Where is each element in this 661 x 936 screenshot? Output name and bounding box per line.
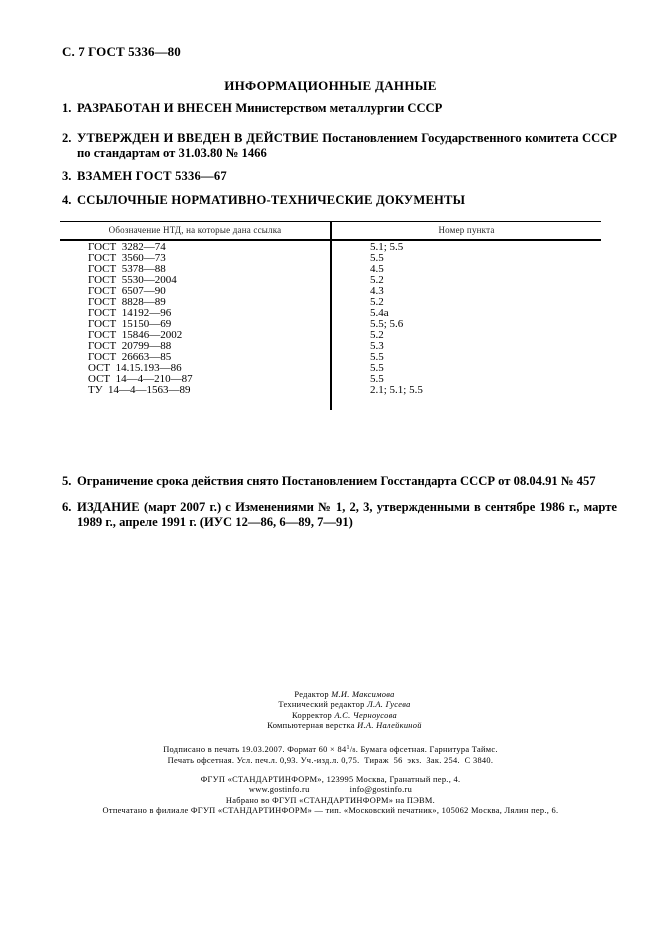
print-format: Подписано в печать 19.03.2007. Формат 60… — [163, 745, 346, 754]
credit-name: А.С. Черноусова — [334, 711, 397, 720]
credit-name: И.А. Налейкиной — [357, 721, 422, 730]
item-number: 4. — [62, 193, 77, 208]
publisher-info: ФГУП «СТАНДАРТИНФОРМ», 123995 Москва, Гр… — [0, 775, 661, 817]
typeset-note: Набрано во ФГУП «СТАНДАРТИНФОРМ» на ПЭВМ… — [0, 796, 661, 806]
info-item-2: 2.УТВЕРЖДЕН И ВВЕДЕН В ДЕЙСТВИЕ Постанов… — [62, 131, 617, 161]
item-number: 6. — [62, 500, 77, 515]
column-header-clause: Номер пункта — [332, 225, 601, 235]
info-item-4: 4.ССЫЛОЧНЫЕ НОРМАТИВНО-ТЕХНИЧЕСКИЕ ДОКУМ… — [62, 193, 617, 208]
item-text: Министерством металлургии СССР — [232, 101, 442, 115]
info-item-5: 5.Ограничение срока действия снято Поста… — [62, 474, 617, 489]
info-item-6: 6.ИЗДАНИЕ (март 2007 г.) с Изменениями №… — [62, 500, 617, 530]
paper-font: . Бумага офсетная. Гарнитура Таймс. — [356, 745, 498, 754]
credit-role: Технический редактор — [278, 700, 367, 709]
item-number: 5. — [62, 474, 77, 489]
print-info-line-1: Подписано в печать 19.03.2007. Формат 60… — [0, 743, 661, 756]
publisher-website[interactable]: www.gostinfo.ru — [249, 785, 310, 794]
item-heading: ССЫЛОЧНЫЕ НОРМАТИВНО-ТЕХНИЧЕСКИЕ ДОКУМЕН… — [77, 193, 465, 207]
credit-name: М.И. Максимова — [331, 690, 394, 699]
publisher-address: ФГУП «СТАНДАРТИНФОРМ», 123995 Москва, Гр… — [0, 775, 661, 785]
credit-role: Компьютерная верстка — [267, 721, 357, 730]
item-text: Ограничение срока действия снято Постано… — [77, 474, 596, 488]
table-row: ТУ 14—4—1563—892.1; 5.1; 5.5 — [60, 385, 601, 396]
page-header: С. 7 ГОСТ 5336—80 — [62, 44, 181, 60]
credit-proofreader: Корректор А.С. Черноусова — [14, 711, 661, 721]
item-number: 1. — [62, 101, 77, 116]
credit-layout: Компьютерная верстка И.А. Налейкиной — [14, 721, 661, 731]
info-item-1: 1.РАЗРАБОТАН И ВНЕСЕН Министерством мета… — [62, 101, 617, 116]
printed-note: Отпечатано в филиале ФГУП «СТАНДАРТИНФОР… — [0, 806, 661, 816]
item-heading: ВЗАМЕН ГОСТ 5336—67 — [77, 169, 227, 183]
clause-number: 2.1; 5.1; 5.5 — [370, 385, 423, 396]
credit-role: Корректор — [292, 711, 334, 720]
editorial-credits: Редактор М.И. Максимова Технический реда… — [14, 690, 661, 732]
item-heading: УТВЕРЖДЕН И ВВЕДЕН В ДЕЙСТВИЕ — [77, 131, 319, 145]
credit-editor: Редактор М.И. Максимова — [14, 690, 661, 700]
print-info: Подписано в печать 19.03.2007. Формат 60… — [0, 743, 661, 767]
info-item-3: 3.ВЗАМЕН ГОСТ 5336—67 — [62, 169, 617, 184]
credit-name: Л.А. Гусева — [367, 700, 411, 709]
item-number: 2. — [62, 131, 77, 146]
item-text: (март 2007 г.) с Изменениями № 1, 2, 3, … — [77, 500, 617, 529]
print-info-line-2: Печать офсетная. Усл. печ.л. 0,93. Уч.-и… — [0, 756, 661, 766]
credit-role: Редактор — [294, 690, 331, 699]
column-header-document: Обозначение НТД, на которые дана ссылка — [60, 225, 330, 235]
table-body: ГОСТ 3282—745.1; 5.5ГОСТ 3560—735.5ГОСТ … — [60, 242, 601, 396]
publisher-contacts: www.gostinfo.ruinfo@gostinfo.ru — [0, 785, 661, 795]
publisher-email[interactable]: info@gostinfo.ru — [350, 785, 413, 794]
credit-tech-editor: Технический редактор Л.А. Гусева — [14, 700, 661, 710]
document-designation: ТУ 14—4—1563—89 — [88, 385, 191, 396]
item-heading: РАЗРАБОТАН И ВНЕСЕН — [77, 101, 232, 115]
section-title: ИНФОРМАЦИОННЫЕ ДАННЫЕ — [0, 78, 661, 94]
item-heading: ИЗДАНИЕ — [77, 500, 140, 514]
item-number: 3. — [62, 169, 77, 184]
